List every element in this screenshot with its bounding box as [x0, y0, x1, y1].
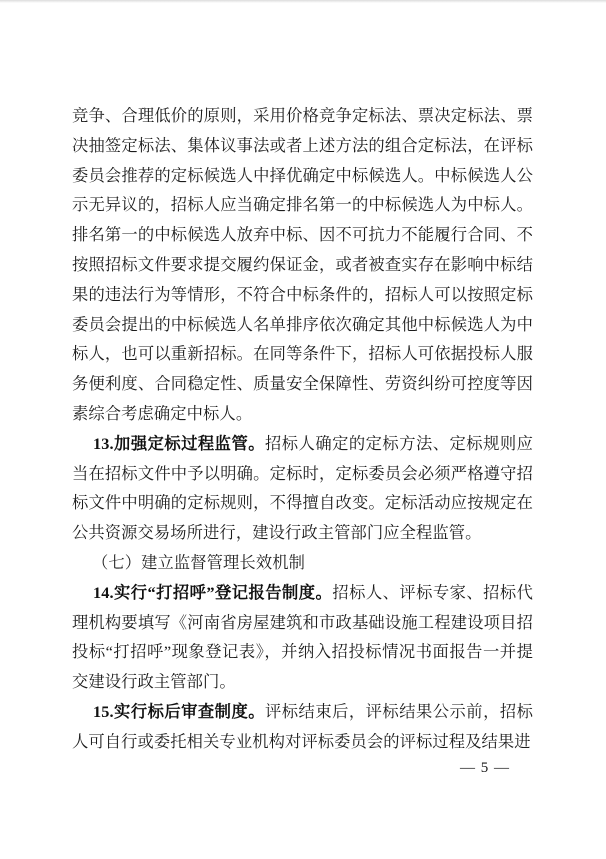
paragraph-14: 14.实行“打招呼”登记报告制度。招标人、评标专家、招标代理机构要填写《河南省房…: [72, 578, 533, 697]
paragraph-15-heading: 15.实行标后审查制度。: [93, 702, 265, 721]
section-heading-7: （七）建立监督管理长效机制: [72, 548, 533, 578]
scan-edge-shadow: [0, 0, 606, 3]
paragraph-15: 15.实行标后审查制度。评标结束后，评标结果公示前，招标人可自行或委托相关专业机…: [72, 697, 533, 757]
paragraph-continued: 竞争、合理低价的原则，采用价格竞争定标法、票决定标法、票决抽签定标法、集体议事法…: [72, 101, 533, 429]
page-number: — 5 —: [0, 758, 510, 778]
paragraph-13-heading: 13.加强定标过程监管。: [93, 434, 265, 453]
paragraph-14-heading: 14.实行“打招呼”登记报告制度。: [93, 583, 332, 602]
paragraph-13: 13.加强定标过程监管。招标人确定的定标方法、定标规则应当在招标文件中予以明确。…: [72, 429, 533, 548]
document-page: 竞争、合理低价的原则，采用价格竞争定标法、票决定标法、票决抽签定标法、集体议事法…: [0, 0, 606, 859]
document-body: 竞争、合理低价的原则，采用价格竞争定标法、票决定标法、票决抽签定标法、集体议事法…: [72, 101, 533, 757]
